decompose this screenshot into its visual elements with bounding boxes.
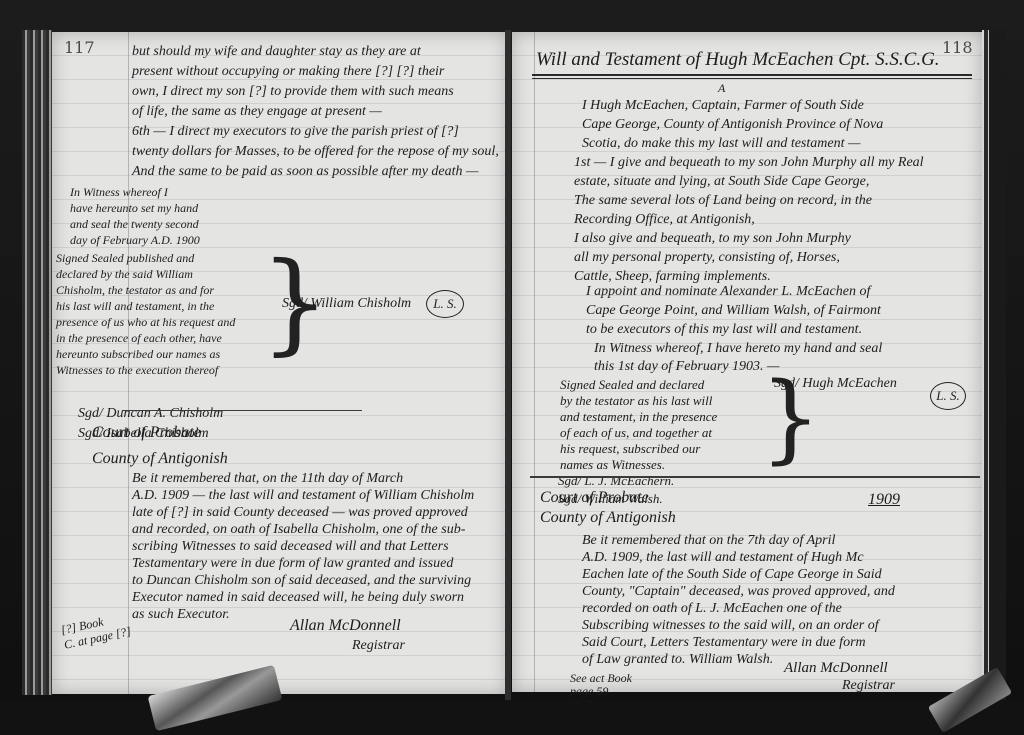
book-edge-left <box>22 30 52 695</box>
title-underline <box>532 78 972 79</box>
bequest-clause: 1st — I give and bequeath to my son John… <box>574 153 924 286</box>
seal-mark: L. S. <box>426 290 464 318</box>
court-heading: Court of Probate County of Antigonish <box>540 488 676 528</box>
attestation-clause: Signed Sealed and declared by the testat… <box>560 377 717 473</box>
probate-paragraph: Be it remembered that on the 7th day of … <box>582 532 895 668</box>
executors-paragraph: I appoint and nominate Alexander L. McEa… <box>586 282 881 339</box>
margin-note: [?] Book C. at page [?] <box>60 609 133 652</box>
left-page: 117 but should my wife and daughter stay… <box>52 32 507 694</box>
continuation-paragraph: but should my wife and daughter stay as … <box>132 42 499 182</box>
testator-signature: Sgd/ Hugh McEachen <box>774 374 897 394</box>
intro-paragraph: I Hugh McEachen, Captain, Farmer of Sout… <box>582 96 883 153</box>
attestation-clause: Signed Sealed published and declared by … <box>56 250 235 378</box>
margin-note: See act Book page 59 <box>570 672 632 698</box>
title-underline <box>532 74 972 76</box>
testimonium: In Witness whereof, I have hereto my han… <box>594 340 882 376</box>
page-number: 117 <box>64 38 95 57</box>
insertion-mark: A <box>718 78 725 98</box>
book-edge-right <box>982 30 1006 700</box>
testimonium: In Witness whereof I have hereunto set m… <box>70 184 200 248</box>
registrar-title: Registrar <box>842 676 895 696</box>
will-title: Will and Testament of Hugh McEachen Cpt.… <box>536 50 940 70</box>
book-gutter <box>505 30 511 700</box>
seal-mark: L. S. <box>930 382 966 410</box>
registrar-signature: Allan McDonnell <box>784 658 888 678</box>
probate-paragraph: Be it remembered that, on the 11th day o… <box>132 470 474 623</box>
registrar-title: Registrar <box>352 636 405 656</box>
page-number: 118 <box>942 38 973 57</box>
divider-rule <box>122 410 362 411</box>
section-divider <box>530 476 980 478</box>
testator-signature: Sgd/ William Chisholm <box>282 294 411 314</box>
margin-rule <box>534 32 535 692</box>
registrar-signature: Allan McDonnell <box>290 616 401 636</box>
right-page: 118 Will and Testament of Hugh McEachen … <box>512 32 982 692</box>
court-heading: Court of Probate County of Antigonish <box>92 420 228 472</box>
probate-year: 1909 <box>868 490 900 510</box>
